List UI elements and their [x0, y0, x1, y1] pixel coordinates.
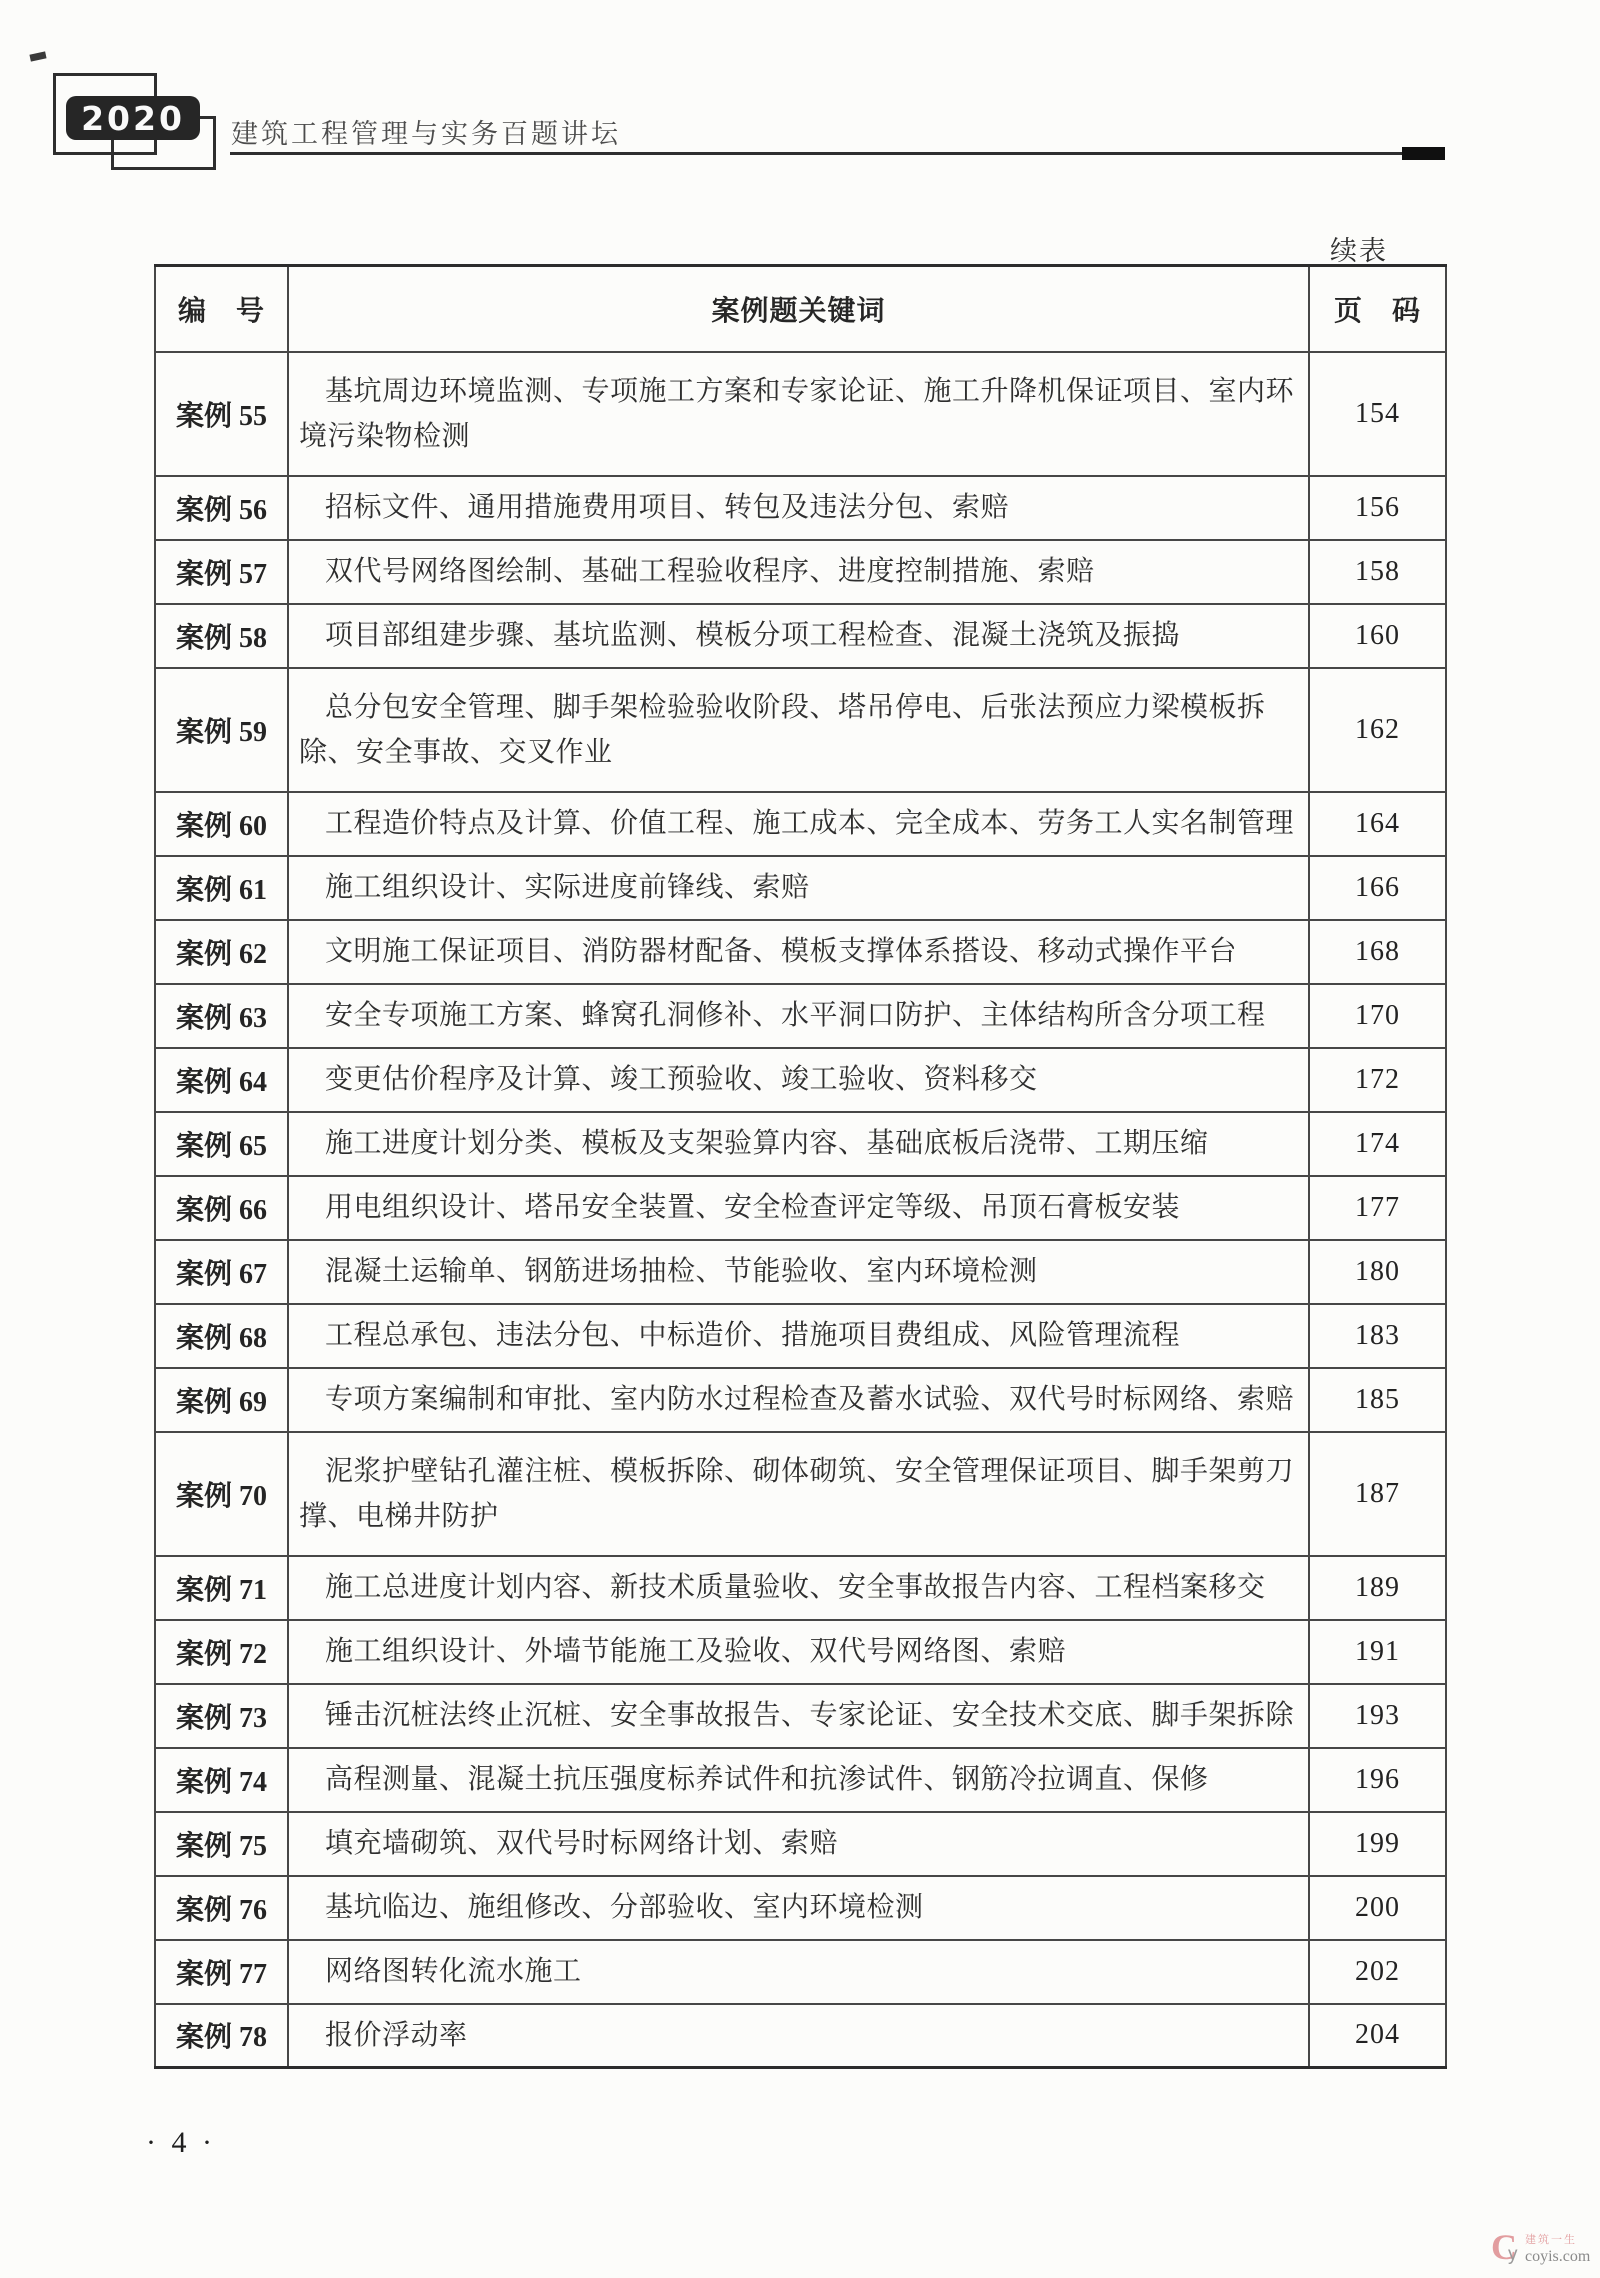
watermark: C y 建筑一生 coyis.com: [1491, 2231, 1596, 2273]
case-keywords-text: 基坑临边、施组修改、分部验收、室内环境检测: [299, 1885, 1298, 1930]
column-header-page: 页 码: [1309, 266, 1446, 352]
case-keywords-text: 施工组织设计、实际进度前锋线、索赔: [299, 865, 1298, 910]
table-header-row: 编 号 案例题关键词 页 码: [155, 266, 1446, 352]
case-row: 案例 74 高程测量、混凝土抗压强度标养试件和抗渗试件、钢筋冷拉调直、保修 19…: [155, 1748, 1446, 1812]
case-id-cell: 案例 64: [155, 1048, 288, 1112]
case-id-cell: 案例 57: [155, 540, 288, 604]
case-page-cell: 174: [1309, 1112, 1446, 1176]
case-row: 案例 57 双代号网络图绘制、基础工程验收程序、进度控制措施、索赔 158: [155, 540, 1446, 604]
case-keywords-text: 锤击沉桩法终止沉桩、安全事故报告、专家论证、安全技术交底、脚手架拆除: [299, 1693, 1298, 1738]
case-id-cell: 案例 78: [155, 2004, 288, 2068]
case-keywords-text: 用电组织设计、塔吊安全装置、安全检查评定等级、吊顶石膏板安装: [299, 1185, 1298, 1230]
case-keywords-cell: 施工进度计划分类、模板及支架验算内容、基础底板后浇带、工期压缩: [288, 1112, 1309, 1176]
case-page-cell: 202: [1309, 1940, 1446, 2004]
case-row: 案例 76 基坑临边、施组修改、分部验收、室内环境检测 200: [155, 1876, 1446, 1940]
case-row: 案例 67 混凝土运输单、钢筋进场抽检、节能验收、室内环境检测 180: [155, 1240, 1446, 1304]
case-page-cell: 193: [1309, 1684, 1446, 1748]
case-keywords-text: 施工组织设计、外墙节能施工及验收、双代号网络图、索赔: [299, 1629, 1298, 1674]
case-keywords-cell: 施工组织设计、外墙节能施工及验收、双代号网络图、索赔: [288, 1620, 1309, 1684]
case-page-cell: 166: [1309, 856, 1446, 920]
case-page-cell: 162: [1309, 668, 1446, 792]
case-row: 案例 58 项目部组建步骤、基坑监测、模板分项工程检查、混凝土浇筑及振捣 160: [155, 604, 1446, 668]
case-keywords-cell: 工程总承包、违法分包、中标造价、措施项目费组成、风险管理流程: [288, 1304, 1309, 1368]
logo-year-badge: 2020: [66, 96, 200, 140]
series-title: 建筑工程管理与实务百题讲坛: [231, 112, 621, 151]
case-row: 案例 56 招标文件、通用措施费用项目、转包及违法分包、索赔 156: [155, 476, 1446, 540]
case-keywords-text: 总分包安全管理、脚手架检验验收阶段、塔吊停电、后张法预应力梁模板拆除、安全事故、…: [299, 685, 1298, 775]
case-keywords-text: 专项方案编制和审批、室内防水过程检查及蓄水试验、双代号时标网络、索赔: [299, 1377, 1298, 1422]
case-keywords-text: 工程造价特点及计算、价值工程、施工成本、完全成本、劳务工人实名制管理: [299, 801, 1298, 846]
case-id-cell: 案例 75: [155, 1812, 288, 1876]
case-index-table: 编 号 案例题关键词 页 码 案例 55 基坑周边环境监测、专项施工方案和专家论…: [154, 264, 1447, 2069]
case-page-cell: 177: [1309, 1176, 1446, 1240]
case-row: 案例 72 施工组织设计、外墙节能施工及验收、双代号网络图、索赔 191: [155, 1620, 1446, 1684]
case-id-cell: 案例 74: [155, 1748, 288, 1812]
case-id-cell: 案例 63: [155, 984, 288, 1048]
case-keywords-cell: 混凝土运输单、钢筋进场抽检、节能验收、室内环境检测: [288, 1240, 1309, 1304]
case-keywords-text: 高程测量、混凝土抗压强度标养试件和抗渗试件、钢筋冷拉调直、保修: [299, 1757, 1298, 1802]
column-header-id: 编 号: [155, 266, 288, 352]
case-page-cell: 204: [1309, 2004, 1446, 2068]
case-keywords-cell: 泥浆护壁钻孔灌注桩、模板拆除、砌体砌筑、安全管理保证项目、脚手架剪刀撑、电梯井防…: [288, 1432, 1309, 1556]
column-header-keywords: 案例题关键词: [288, 266, 1309, 352]
case-id-cell: 案例 69: [155, 1368, 288, 1432]
case-keywords-cell: 工程造价特点及计算、价值工程、施工成本、完全成本、劳务工人实名制管理: [288, 792, 1309, 856]
watermark-text-block: 建筑一生 coyis.com: [1525, 2231, 1590, 2266]
watermark-domain: coyis.com: [1525, 2248, 1590, 2266]
case-id-cell: 案例 76: [155, 1876, 288, 1940]
case-keywords-cell: 基坑周边环境监测、专项施工方案和专家论证、施工升降机保证项目、室内环境污染物检测: [288, 352, 1309, 476]
case-row: 案例 69 专项方案编制和审批、室内防水过程检查及蓄水试验、双代号时标网络、索赔…: [155, 1368, 1446, 1432]
case-keywords-text: 安全专项施工方案、蜂窝孔洞修补、水平洞口防护、主体结构所含分项工程: [299, 993, 1298, 1038]
case-id-cell: 案例 72: [155, 1620, 288, 1684]
case-id-cell: 案例 59: [155, 668, 288, 792]
case-keywords-text: 双代号网络图绘制、基础工程验收程序、进度控制措施、索赔: [299, 549, 1298, 594]
case-keywords-text: 基坑周边环境监测、专项施工方案和专家论证、施工升降机保证项目、室内环境污染物检测: [299, 369, 1298, 459]
case-keywords-cell: 施工总进度计划内容、新技术质量验收、安全事故报告内容、工程档案移交: [288, 1556, 1309, 1620]
case-id-cell: 案例 73: [155, 1684, 288, 1748]
case-keywords-cell: 网络图转化流水施工: [288, 1940, 1309, 2004]
case-page-cell: 196: [1309, 1748, 1446, 1812]
case-row: 案例 73 锤击沉桩法终止沉桩、安全事故报告、专家论证、安全技术交底、脚手架拆除…: [155, 1684, 1446, 1748]
case-id-cell: 案例 66: [155, 1176, 288, 1240]
watermark-y-letter: y: [1508, 2245, 1518, 2264]
case-keywords-cell: 用电组织设计、塔吊安全装置、安全检查评定等级、吊顶石膏板安装: [288, 1176, 1309, 1240]
case-keywords-text: 泥浆护壁钻孔灌注桩、模板拆除、砌体砌筑、安全管理保证项目、脚手架剪刀撑、电梯井防…: [299, 1449, 1298, 1539]
case-page-cell: 187: [1309, 1432, 1446, 1556]
case-keywords-text: 报价浮动率: [299, 2013, 1298, 2058]
case-table-body: 案例 55 基坑周边环境监测、专项施工方案和专家论证、施工升降机保证项目、室内环…: [155, 352, 1446, 2068]
case-page-cell: 200: [1309, 1876, 1446, 1940]
case-keywords-cell: 高程测量、混凝土抗压强度标养试件和抗渗试件、钢筋冷拉调直、保修: [288, 1748, 1309, 1812]
case-id-cell: 案例 61: [155, 856, 288, 920]
case-keywords-text: 填充墙砌筑、双代号时标网络计划、索赔: [299, 1821, 1298, 1866]
case-keywords-cell: 安全专项施工方案、蜂窝孔洞修补、水平洞口防护、主体结构所含分项工程: [288, 984, 1309, 1048]
case-page-cell: 154: [1309, 352, 1446, 476]
case-keywords-text: 项目部组建步骤、基坑监测、模板分项工程检查、混凝土浇筑及振捣: [299, 613, 1298, 658]
case-keywords-cell: 基坑临边、施组修改、分部验收、室内环境检测: [288, 1876, 1309, 1940]
case-id-cell: 案例 68: [155, 1304, 288, 1368]
case-id-cell: 案例 71: [155, 1556, 288, 1620]
case-keywords-text: 网络图转化流水施工: [299, 1949, 1298, 1994]
case-row: 案例 62 文明施工保证项目、消防器材配备、模板支撑体系搭设、移动式操作平台 1…: [155, 920, 1446, 984]
case-keywords-cell: 填充墙砌筑、双代号时标网络计划、索赔: [288, 1812, 1309, 1876]
logo-year-text: 2020: [81, 99, 185, 138]
case-id-cell: 案例 77: [155, 1940, 288, 2004]
page-number-footer: · 4 ·: [146, 2126, 216, 2160]
case-row: 案例 55 基坑周边环境监测、专项施工方案和专家论证、施工升降机保证项目、室内环…: [155, 352, 1446, 476]
case-page-cell: 185: [1309, 1368, 1446, 1432]
case-row: 案例 61 施工组织设计、实际进度前锋线、索赔 166: [155, 856, 1446, 920]
case-keywords-text: 施工总进度计划内容、新技术质量验收、安全事故报告内容、工程档案移交: [299, 1565, 1298, 1610]
case-row: 案例 59 总分包安全管理、脚手架检验验收阶段、塔吊停电、后张法预应力梁模板拆除…: [155, 668, 1446, 792]
case-page-cell: 172: [1309, 1048, 1446, 1112]
case-keywords-cell: 文明施工保证项目、消防器材配备、模板支撑体系搭设、移动式操作平台: [288, 920, 1309, 984]
case-keywords-cell: 变更估价程序及计算、竣工预验收、竣工验收、资料移交: [288, 1048, 1309, 1112]
case-id-cell: 案例 55: [155, 352, 288, 476]
case-keywords-text: 招标文件、通用措施费用项目、转包及违法分包、索赔: [299, 485, 1298, 530]
case-row: 案例 68 工程总承包、违法分包、中标造价、措施项目费组成、风险管理流程 183: [155, 1304, 1446, 1368]
case-page-cell: 156: [1309, 476, 1446, 540]
case-keywords-text: 工程总承包、违法分包、中标造价、措施项目费组成、风险管理流程: [299, 1313, 1298, 1358]
case-row: 案例 77 网络图转化流水施工 202: [155, 1940, 1446, 2004]
case-keywords-text: 文明施工保证项目、消防器材配备、模板支撑体系搭设、移动式操作平台: [299, 929, 1298, 974]
case-keywords-cell: 总分包安全管理、脚手架检验验收阶段、塔吊停电、后张法预应力梁模板拆除、安全事故、…: [288, 668, 1309, 792]
case-page-cell: 180: [1309, 1240, 1446, 1304]
case-keywords-cell: 项目部组建步骤、基坑监测、模板分项工程检查、混凝土浇筑及振捣: [288, 604, 1309, 668]
case-id-cell: 案例 70: [155, 1432, 288, 1556]
case-row: 案例 75 填充墙砌筑、双代号时标网络计划、索赔 199: [155, 1812, 1446, 1876]
watermark-brand-cn: 建筑一生: [1525, 2231, 1590, 2247]
case-row: 案例 71 施工总进度计划内容、新技术质量验收、安全事故报告内容、工程档案移交 …: [155, 1556, 1446, 1620]
case-row: 案例 65 施工进度计划分类、模板及支架验算内容、基础底板后浇带、工期压缩 17…: [155, 1112, 1446, 1176]
case-id-cell: 案例 62: [155, 920, 288, 984]
case-keywords-text: 施工进度计划分类、模板及支架验算内容、基础底板后浇带、工期压缩: [299, 1121, 1298, 1166]
case-row: 案例 70 泥浆护壁钻孔灌注桩、模板拆除、砌体砌筑、安全管理保证项目、脚手架剪刀…: [155, 1432, 1446, 1556]
header-rule: [230, 152, 1445, 155]
case-keywords-cell: 报价浮动率: [288, 2004, 1309, 2068]
header-rule-end-bar: [1402, 147, 1445, 160]
case-row: 案例 64 变更估价程序及计算、竣工预验收、竣工验收、资料移交 172: [155, 1048, 1446, 1112]
scanned-book-page: { "header": { "logo_year": "2020", "seri…: [0, 0, 1600, 2278]
case-keywords-cell: 施工组织设计、实际进度前锋线、索赔: [288, 856, 1309, 920]
case-row: 案例 60 工程造价特点及计算、价值工程、施工成本、完全成本、劳务工人实名制管理…: [155, 792, 1446, 856]
scan-corner-speck: [29, 51, 46, 61]
case-id-cell: 案例 67: [155, 1240, 288, 1304]
case-keywords-cell: 双代号网络图绘制、基础工程验收程序、进度控制措施、索赔: [288, 540, 1309, 604]
case-row: 案例 63 安全专项施工方案、蜂窝孔洞修补、水平洞口防护、主体结构所含分项工程 …: [155, 984, 1446, 1048]
year-logo: 2020: [53, 73, 223, 173]
case-page-cell: 183: [1309, 1304, 1446, 1368]
case-page-cell: 170: [1309, 984, 1446, 1048]
case-page-cell: 164: [1309, 792, 1446, 856]
case-keywords-text: 混凝土运输单、钢筋进场抽检、节能验收、室内环境检测: [299, 1249, 1298, 1294]
case-page-cell: 189: [1309, 1556, 1446, 1620]
case-keywords-cell: 锤击沉桩法终止沉桩、安全事故报告、专家论证、安全技术交底、脚手架拆除: [288, 1684, 1309, 1748]
case-keywords-cell: 招标文件、通用措施费用项目、转包及违法分包、索赔: [288, 476, 1309, 540]
case-keywords-cell: 专项方案编制和审批、室内防水过程检查及蓄水试验、双代号时标网络、索赔: [288, 1368, 1309, 1432]
case-page-cell: 168: [1309, 920, 1446, 984]
case-id-cell: 案例 60: [155, 792, 288, 856]
case-keywords-text: 变更估价程序及计算、竣工预验收、竣工验收、资料移交: [299, 1057, 1298, 1102]
case-row: 案例 78 报价浮动率 204: [155, 2004, 1446, 2068]
case-row: 案例 66 用电组织设计、塔吊安全装置、安全检查评定等级、吊顶石膏板安装 177: [155, 1176, 1446, 1240]
case-id-cell: 案例 58: [155, 604, 288, 668]
case-page-cell: 199: [1309, 1812, 1446, 1876]
case-id-cell: 案例 56: [155, 476, 288, 540]
case-page-cell: 191: [1309, 1620, 1446, 1684]
case-page-cell: 160: [1309, 604, 1446, 668]
case-page-cell: 158: [1309, 540, 1446, 604]
case-id-cell: 案例 65: [155, 1112, 288, 1176]
continued-table-label: 续表: [1330, 229, 1388, 268]
